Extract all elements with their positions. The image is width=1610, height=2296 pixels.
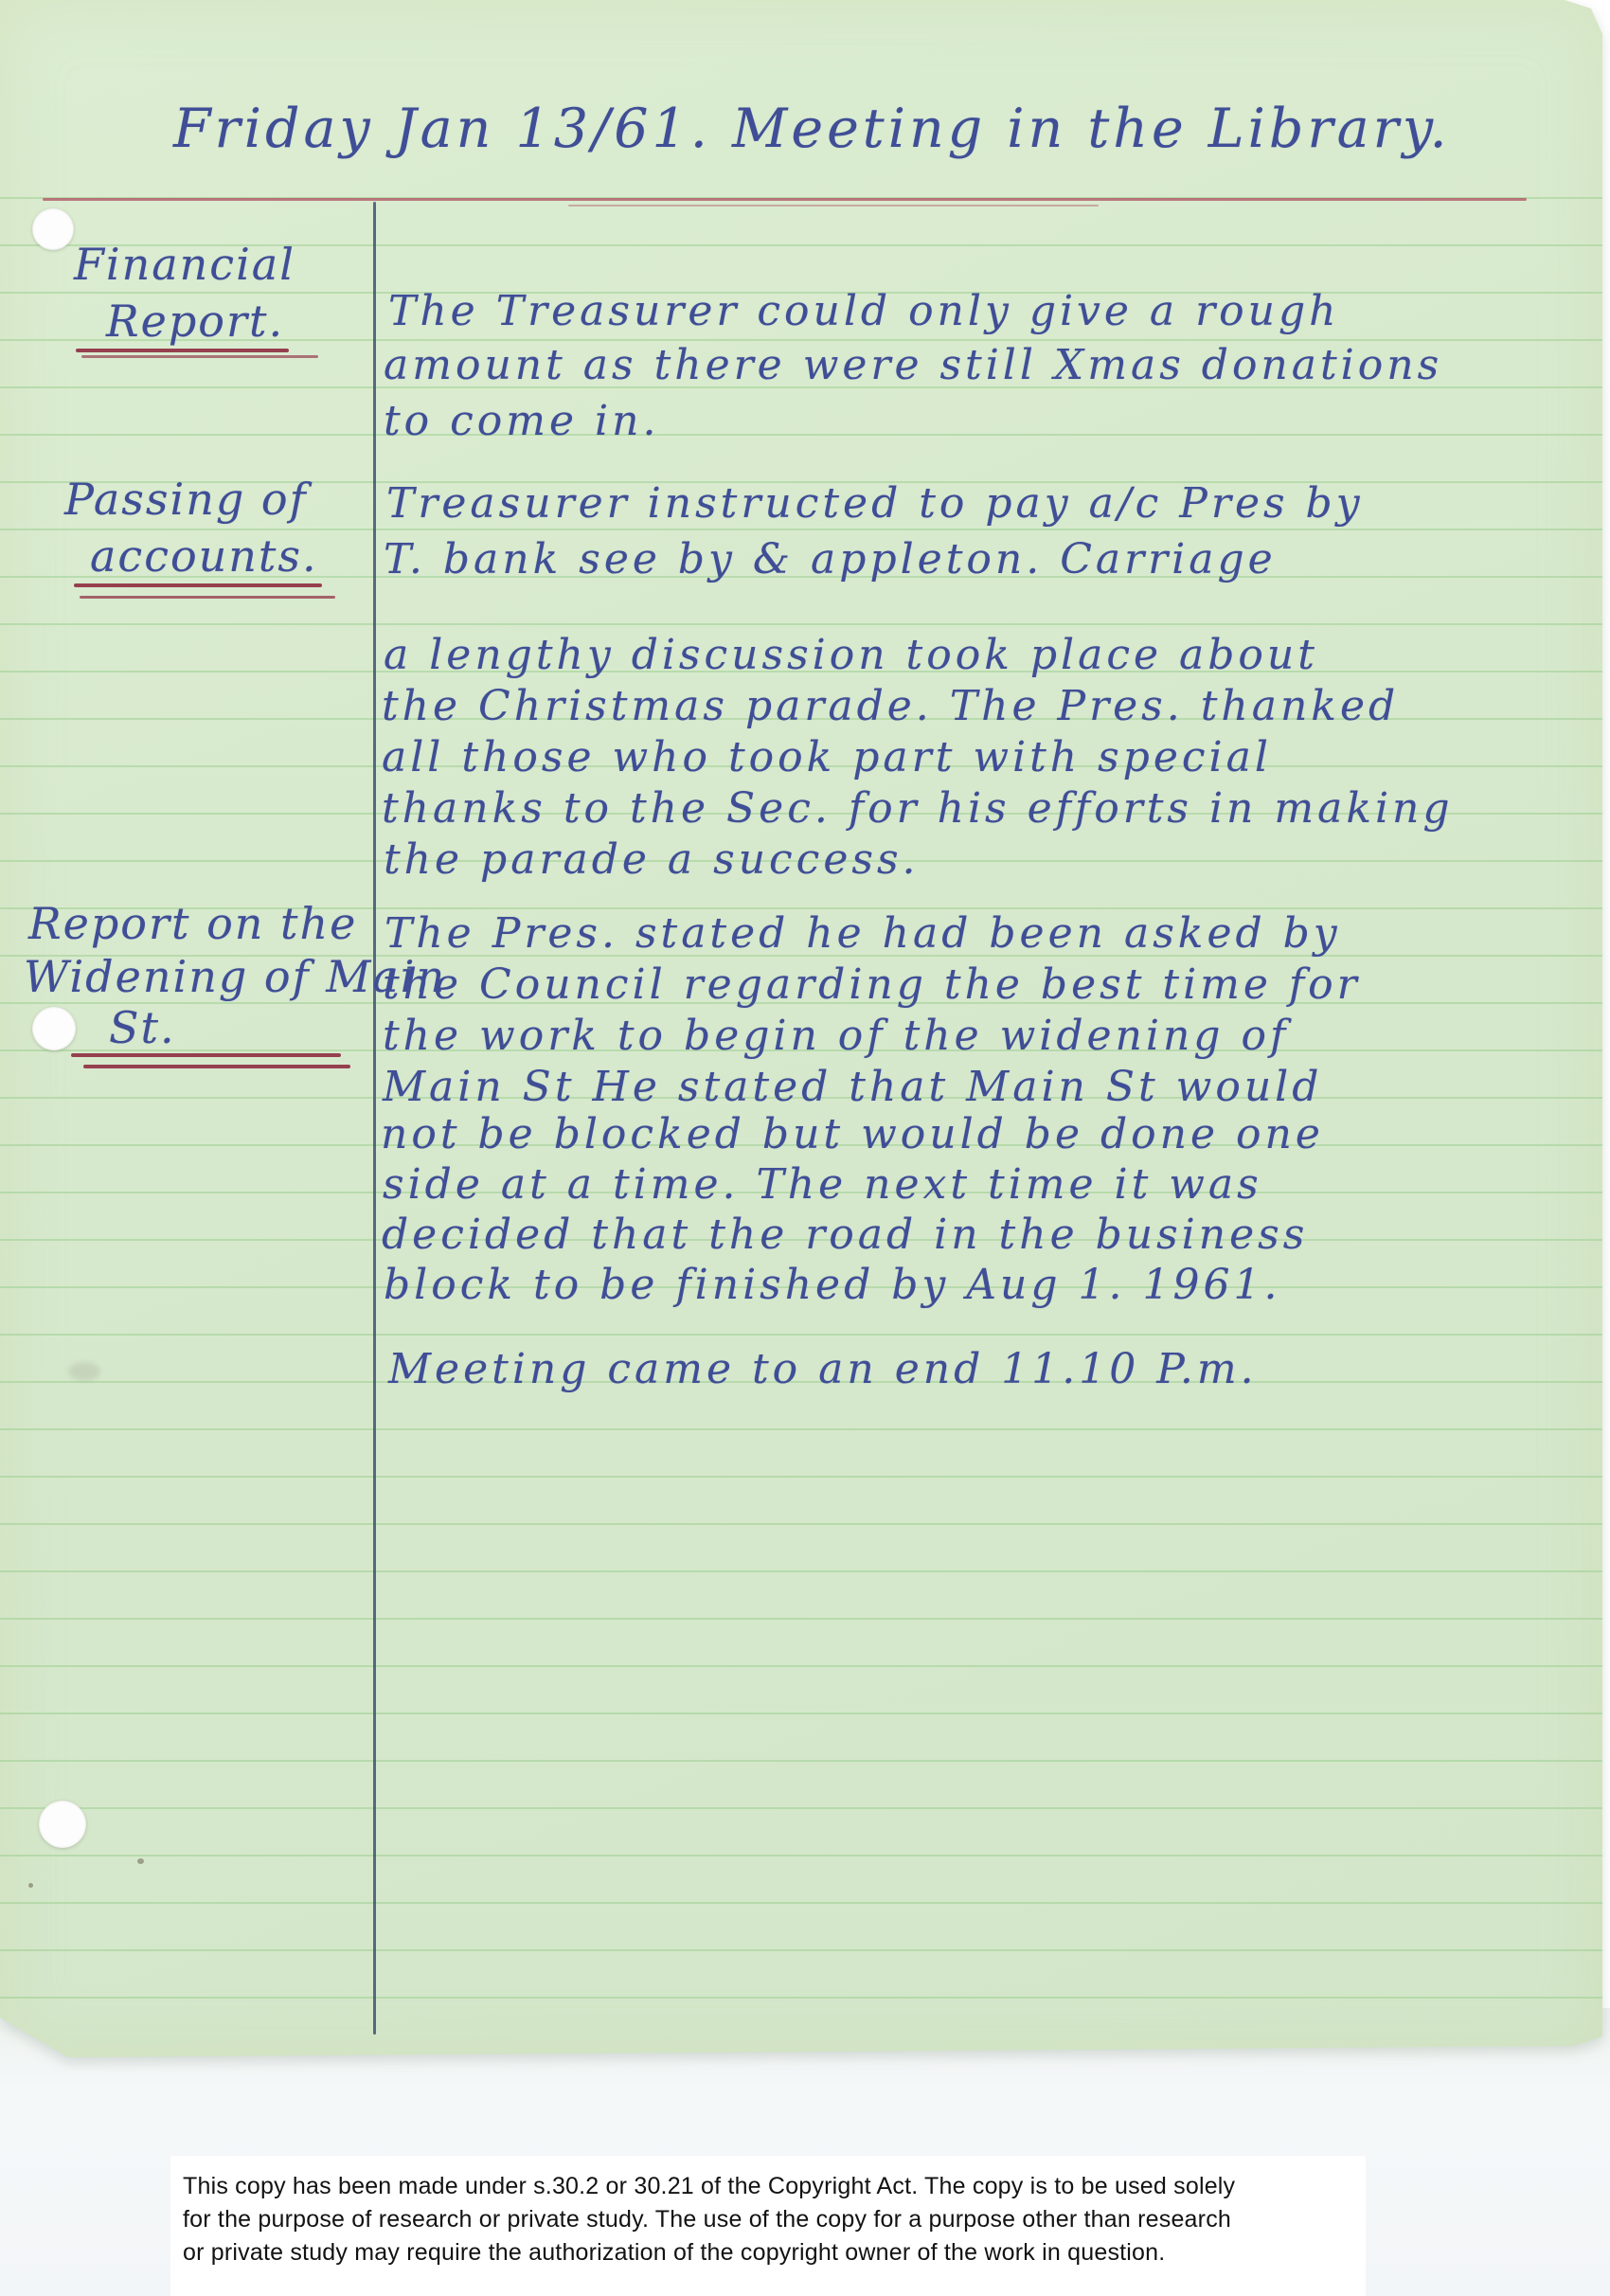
margin-rule-line <box>373 202 376 2035</box>
paragraph-line: to come in. <box>384 397 659 445</box>
paragraph-line: Treasurer instructed to pay a/c Pres by <box>386 479 1364 528</box>
heading-underline <box>80 596 335 599</box>
heading-underline <box>71 1053 341 1057</box>
paragraph-line: T. bank see by & appleton. Carriage <box>384 535 1277 583</box>
page-title: Friday Jan 13/61. Meeting in the Library… <box>173 98 1451 160</box>
heading-widening-main-st-line: St. <box>109 1002 176 1053</box>
paragraph-line: all those who took part with special <box>382 733 1272 781</box>
heading-financial-report-line: Report. <box>106 296 284 347</box>
scanned-minutes-page: Friday Jan 13/61. Meeting in the Library… <box>0 0 1610 2296</box>
paragraph-line: thanks to the Sec. for his efforts in ma… <box>382 784 1454 833</box>
paragraph-line: Main St He stated that Main St would <box>383 1063 1322 1111</box>
paragraph-line: The Treasurer could only give a rough <box>388 287 1340 335</box>
hole-punch-middle <box>32 1007 76 1050</box>
paragraph-line: the work to begin of the widening of <box>383 1012 1289 1060</box>
paragraph-line: amount as there were still Xmas donation… <box>384 341 1442 389</box>
copyright-notice-line: for the purpose of research or private s… <box>183 2206 1231 2233</box>
paragraph-line: decided that the road in the business <box>382 1211 1308 1259</box>
paper-wrap: Friday Jan 13/61. Meeting in the Library… <box>0 0 1602 2057</box>
scan-speck <box>28 1883 33 1888</box>
copyright-notice-line: or private study may require the authori… <box>183 2239 1165 2267</box>
paragraph-line: not be blocked but would be done one <box>381 1110 1324 1158</box>
hole-punch-top <box>32 208 74 250</box>
scan-speck <box>137 1858 144 1864</box>
notebook-paper: Friday Jan 13/61. Meeting in the Library… <box>0 0 1602 2057</box>
paragraph-line: the parade a success. <box>384 835 920 884</box>
title-underline-stroke <box>568 205 1099 206</box>
heading-underline <box>76 349 289 352</box>
scan-smudge <box>68 1362 100 1381</box>
heading-underline <box>81 355 318 358</box>
paragraph-line: side at a time. The next time it was <box>383 1160 1262 1209</box>
paragraph-line: the Council regarding the best time for <box>383 960 1361 1009</box>
heading-underline <box>74 583 322 587</box>
paragraph-line: the Christmas parade. The Pres. thanked <box>382 682 1399 730</box>
heading-passing-of-accounts-line: Passing of <box>64 474 308 525</box>
hole-punch-bottom <box>39 1801 86 1848</box>
heading-widening-main-st-line: Report on the <box>28 898 357 949</box>
heading-underline <box>83 1065 350 1068</box>
heading-passing-of-accounts-line: accounts. <box>90 530 318 582</box>
paragraph-line: The Pres. stated he had been asked by <box>385 909 1341 958</box>
paragraph-line: a lengthy discussion took place about <box>384 631 1318 679</box>
copyright-notice-line: This copy has been made under s.30.2 or … <box>183 2173 1235 2200</box>
paragraph-line: block to be finished by Aug 1. 1961. <box>384 1261 1280 1309</box>
heading-financial-report-line: Financial <box>74 239 295 290</box>
title-underline-stroke <box>43 198 1527 201</box>
closing-line: Meeting came to an end 11.10 P.m. <box>388 1345 1258 1393</box>
